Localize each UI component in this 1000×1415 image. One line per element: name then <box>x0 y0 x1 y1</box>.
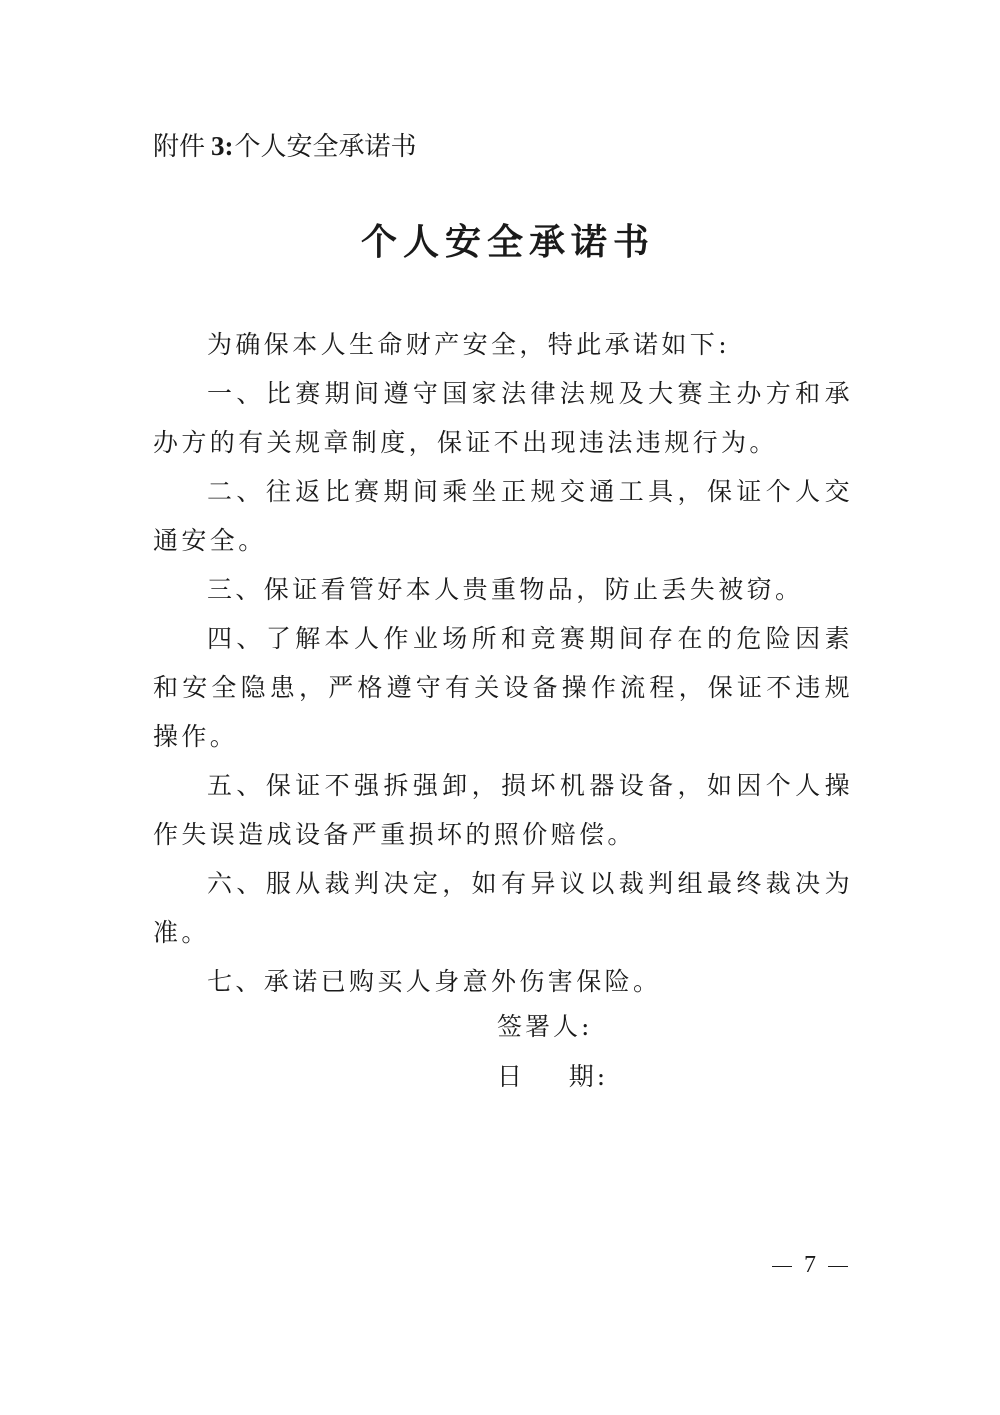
clause-6: 六、服从裁判决定，如有异议以裁判组最终裁决为准。 <box>153 859 853 957</box>
page-number-value: 7 <box>804 1250 816 1280</box>
clause-1: 一、比赛期间遵守国家法律法规及大赛主办方和承办方的有关规章制度，保证不出现违法违… <box>153 369 853 467</box>
clause-2: 二、往返比赛期间乘坐正规交通工具，保证个人交通安全。 <box>153 467 853 565</box>
document-title: 个人安全承诺书 <box>0 218 1000 268</box>
attachment-prefix: 附件 <box>153 132 205 162</box>
signature-block: 签署人: 日 期: <box>497 1002 608 1102</box>
document-page: 附件3:个人安全承诺书 个人安全承诺书 为确保本人生命财产安全，特此承诺如下: … <box>0 0 1000 1415</box>
attachment-label: 附件3:个人安全承诺书 <box>153 126 417 167</box>
page-number-dash-right <box>828 1266 848 1268</box>
signer-label: 签署人: <box>497 1002 608 1052</box>
date-label: 日 期: <box>497 1052 608 1102</box>
intro-paragraph: 为确保本人生命财产安全，特此承诺如下: <box>153 320 853 369</box>
clause-4: 四、了解本人作业场所和竞赛期间存在的危险因素和安全隐患，严格遵守有关设备操作流程… <box>153 614 853 761</box>
attachment-number: 3: <box>211 131 234 161</box>
page-number-dash-left <box>772 1266 792 1268</box>
clause-3: 三、保证看管好本人贵重物品，防止丢失被窃。 <box>153 565 853 614</box>
clause-5: 五、保证不强拆强卸，损坏机器设备，如因个人操作失误造成设备严重损坏的照价赔偿。 <box>153 761 853 859</box>
page-number: 7 <box>772 1250 848 1280</box>
document-body: 为确保本人生命财产安全，特此承诺如下: 一、比赛期间遵守国家法律法规及大赛主办方… <box>153 320 853 1006</box>
attachment-title: 个人安全承诺书 <box>235 132 417 162</box>
clause-7: 七、承诺已购买人身意外伤害保险。 <box>153 957 853 1006</box>
